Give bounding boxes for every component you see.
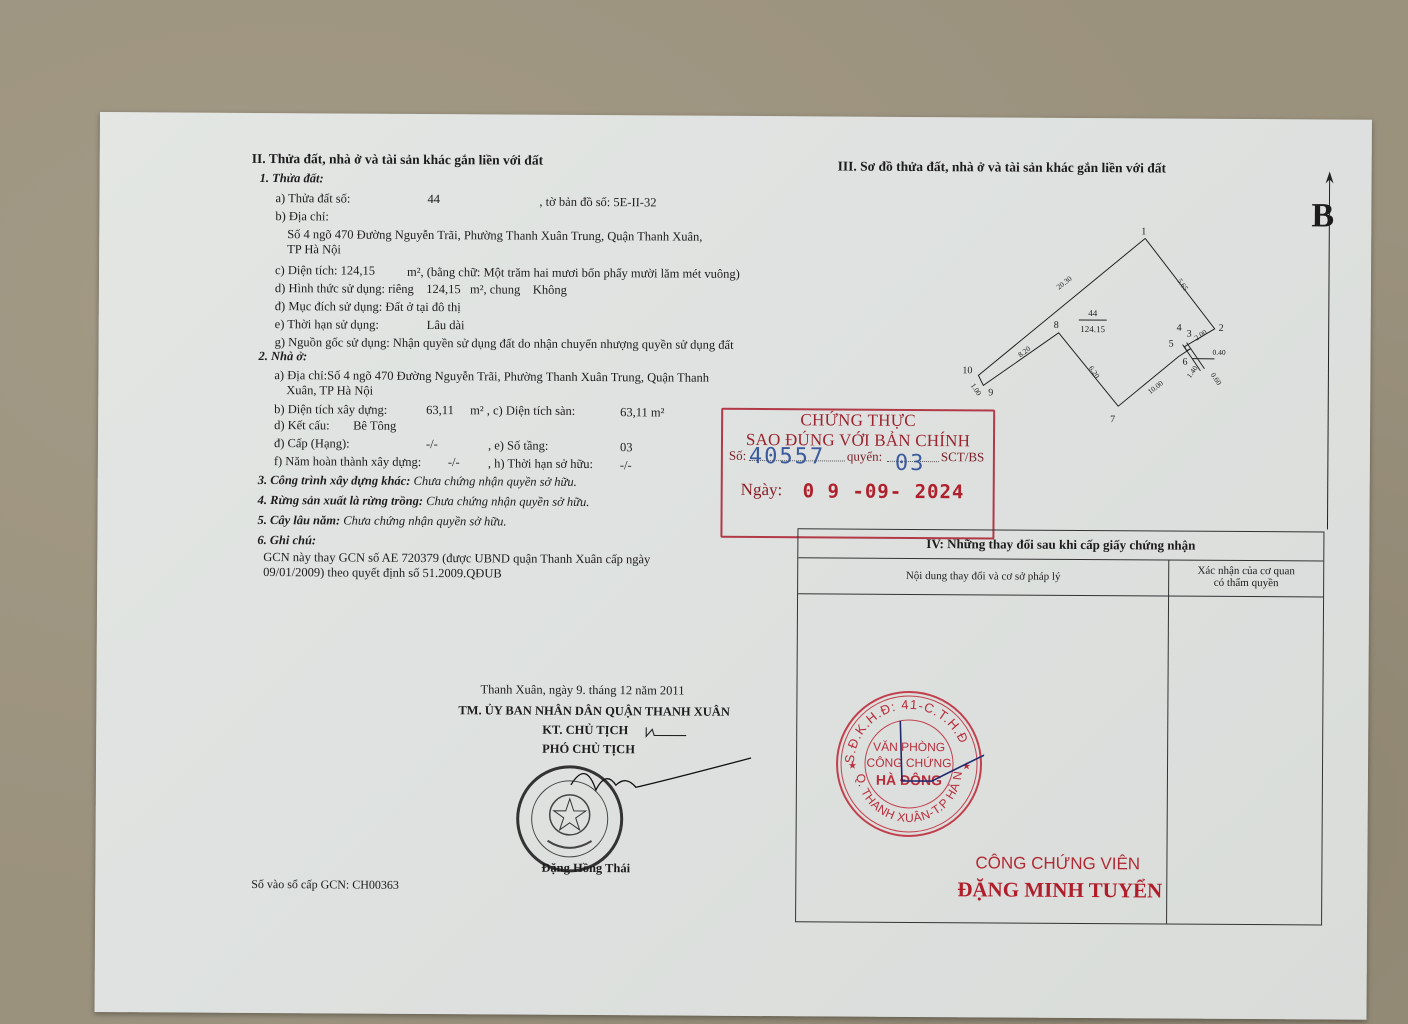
perennial: Chưa chứng nhận quyền sở hữu. xyxy=(343,513,506,528)
notary-seal-icon: S.Đ.K.H.Đ: 41-C.T.H.Đ Q. THANH XUÂN-T.P … xyxy=(834,688,985,839)
parcel-label: a) Thửa đất số: xyxy=(275,191,350,206)
section-ii-heading: II. Thửa đất, nhà ở và tài sản khác gắn … xyxy=(252,151,543,169)
perennial-label: 5. Cây lâu năm: xyxy=(257,513,340,528)
structure-label: d) Kết cấu: xyxy=(274,418,330,433)
svg-text:5: 5 xyxy=(1169,339,1174,350)
grade-label: đ) Cấp (Hạng): xyxy=(274,436,350,451)
stamp-book-code: SCT/BS xyxy=(941,449,984,465)
usage-term: Lâu dài xyxy=(427,318,465,333)
stamp-quyen-label: quyển: xyxy=(847,449,882,465)
svg-text:VĂN PHÒNG: VĂN PHÒNG xyxy=(873,739,945,754)
compass-label: B xyxy=(1311,197,1334,235)
svg-text:6.20: 6.20 xyxy=(1087,364,1102,380)
stamp-title: CHỨNG THỰC xyxy=(723,410,993,432)
land-area: c) Diện tích: 124,15 xyxy=(275,263,375,279)
svg-text:2: 2 xyxy=(1219,323,1224,334)
col-content-header: Nội dung thay đổi và cơ sở pháp lý xyxy=(798,569,1168,583)
initial-mark-icon xyxy=(644,725,688,739)
svg-text:1: 1 xyxy=(1141,226,1146,237)
changes-table-title: IV: Những thay đổi sau khi cấp giấy chứn… xyxy=(798,529,1323,561)
svg-text:4: 4 xyxy=(1177,323,1182,334)
svg-text:44: 44 xyxy=(1088,308,1098,318)
other-works-label: 3. Công trình xây dựng khác: xyxy=(258,473,411,488)
registry-label: Số vào sổ cấp GCN: xyxy=(251,877,349,892)
floors-label: , e) Số tầng: xyxy=(488,438,549,453)
issue-place-date: Thanh Xuân, ngày 9. tháng 12 năm 2011 xyxy=(480,682,684,698)
col-confirm-line2: có thẩm quyền xyxy=(1170,577,1322,590)
svg-text:0.60: 0.60 xyxy=(1209,371,1224,387)
floor-area-label: m² , c) Diện tích sàn: xyxy=(470,403,575,419)
grade: -/- xyxy=(426,437,438,452)
svg-text:10: 10 xyxy=(962,365,972,376)
parcel-sketch: 1234567891020.305.652.000.400.601.4010.0… xyxy=(928,217,1229,439)
svg-text:HÀ ĐÔNG: HÀ ĐÔNG xyxy=(876,771,942,788)
svg-text:124.15: 124.15 xyxy=(1080,324,1105,334)
completion-label: f) Năm hoàn thành xây dựng: xyxy=(274,454,421,470)
issuing-org: TM. ỦY BAN NHÂN DÂN QUẬN THANH XUÂN xyxy=(458,703,730,720)
usage-purpose: đ) Mục đích sử dụng: Đất ở tại đô thị xyxy=(275,299,461,315)
completion: -/- xyxy=(448,455,460,470)
forest: Chưa chứng nhận quyền sở hữu. xyxy=(426,494,589,509)
land-certificate-page: II. Thửa đất, nhà ở và tài sản khác gắn … xyxy=(95,112,1372,1020)
svg-text:7: 7 xyxy=(1110,414,1115,425)
signature-icon xyxy=(566,755,756,816)
stamp-date-label: Ngày: xyxy=(741,480,783,500)
svg-text:9: 9 xyxy=(988,387,993,398)
registry-number: CH00363 xyxy=(352,878,399,892)
svg-text:5.65: 5.65 xyxy=(1175,277,1190,293)
address-line-1: Số 4 ngõ 470 Đường Nguyễn Trãi, Phường T… xyxy=(287,227,702,245)
svg-text:2.00: 2.00 xyxy=(1193,327,1209,342)
usage-origin: g) Nguồn gốc sử dụng: Nhận quyền sử dụng… xyxy=(275,335,734,353)
col-confirm-line1: Xác nhận của cơ quan xyxy=(1170,565,1322,578)
svg-text:3: 3 xyxy=(1187,329,1192,340)
land-area-words: m², (bằng chữ: Một trăm hai mươi bốn phẩ… xyxy=(407,265,740,282)
signer-role-1: KT. CHỦ TỊCH xyxy=(542,723,628,739)
house-address-2: Xuân, TP Hà Nội xyxy=(286,383,373,399)
notes-label: 6. Ghi chú: xyxy=(257,533,316,548)
floors: 03 xyxy=(620,440,633,455)
svg-text:20.30: 20.30 xyxy=(1055,274,1074,292)
other-works: Chưa chứng nhận quyền sở hữu. xyxy=(413,474,576,489)
notary-name: ĐẶNG MINH TUYỂN xyxy=(957,877,1162,903)
land-heading: 1. Thửa đất: xyxy=(260,171,324,186)
house-heading: 2. Nhà ở: xyxy=(258,349,307,364)
svg-text:★: ★ xyxy=(848,761,857,772)
svg-text:8.20: 8.20 xyxy=(1016,344,1032,359)
built-area-label: b) Diện tích xây dựng: xyxy=(274,402,387,418)
usage-form: d) Hình thức sử dụng: riêng 124,15 m², c… xyxy=(275,281,567,298)
ownership-term: -/- xyxy=(620,458,632,473)
svg-text:6: 6 xyxy=(1182,357,1187,368)
svg-text:8: 8 xyxy=(1054,320,1059,331)
structure: Bê Tông xyxy=(353,419,396,434)
address-label: b) Địa chỉ: xyxy=(275,209,329,224)
stamp-date: 0 9 -09- 2024 xyxy=(803,480,965,503)
address-line-2: TP Hà Nội xyxy=(287,242,341,257)
col-confirm-header: Xác nhận của cơ quan có thẩm quyền xyxy=(1170,565,1322,590)
svg-text:0.40: 0.40 xyxy=(1213,348,1226,357)
floor-area: 63,11 m² xyxy=(620,405,664,420)
notary-title: CÔNG CHỨNG VIÊN xyxy=(975,853,1140,874)
usage-term-label: e) Thời hạn sử dụng: xyxy=(275,317,379,333)
notes-line-2: 09/01/2009) theo quyết định số 51.2009.Q… xyxy=(263,565,502,581)
map-sheet: , tờ bản đồ số: 5E-II-32 xyxy=(539,195,656,211)
svg-text:1.00: 1.00 xyxy=(969,381,984,397)
stamp-so-label: Số: xyxy=(729,448,746,464)
built-area: 63,11 xyxy=(426,403,454,418)
signer-name: Đặng Hồng Thái xyxy=(541,861,630,877)
section-iii-heading: III. Sơ đồ thửa đất, nhà ở và tài sản kh… xyxy=(838,159,1166,177)
parcel-number: 44 xyxy=(427,192,440,207)
svg-text:CÔNG CHỨNG: CÔNG CHỨNG xyxy=(867,755,952,771)
stamp-quyen-number: 03 xyxy=(895,451,926,476)
certified-copy-stamp: CHỨNG THỰC SAO ĐÚNG VỚI BẢN CHÍNH Số: 40… xyxy=(720,408,995,540)
forest-label: 4. Rừng sản xuất là rừng trồng: xyxy=(258,493,423,508)
ownership-term-label: , h) Thời hạn sở hữu: xyxy=(488,456,593,472)
stamp-so-number: 40557 xyxy=(749,444,825,469)
